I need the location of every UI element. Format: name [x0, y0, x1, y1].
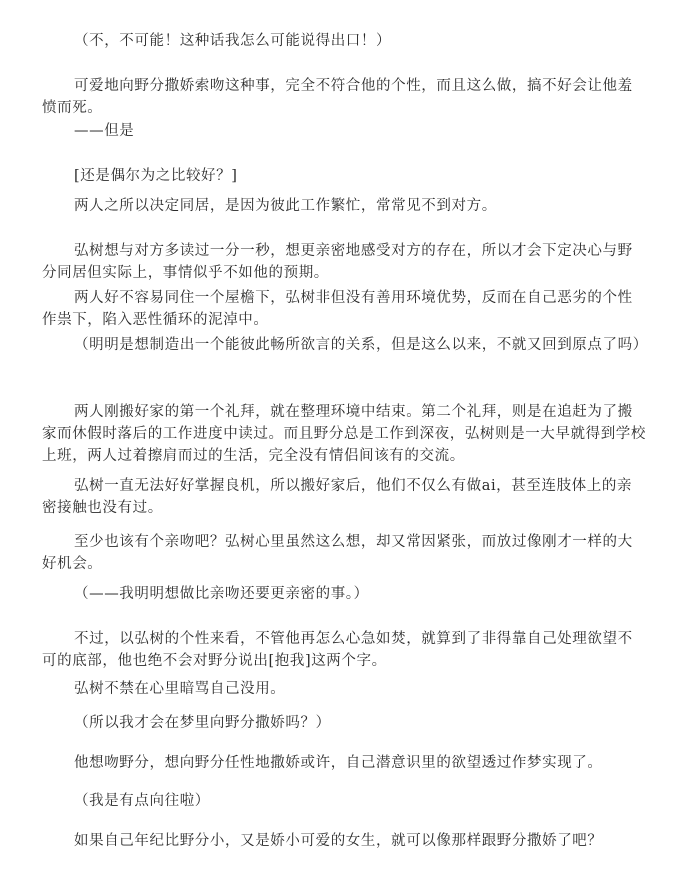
paragraph-11: 至少也该有个亲吻吧？弘树心里虽然这么想，却又常因紧张，而放过像刚才一样的大好机会…	[42, 531, 646, 575]
paragraph-9: 两人刚搬好家的第一个礼拜，就在整理环境中结束。第二个礼拜，则是在追赶为了搬家而休…	[42, 401, 646, 467]
paragraph-1: （不，不可能！这种话我怎么可能说得出口！）	[42, 30, 646, 52]
document-page: （不，不可能！这种话我怎么可能说得出口！） 可爱地向野分撒娇索吻这种事，完全不符…	[0, 0, 680, 880]
paragraph-10: 弘树一直无法好好掌握良机，所以搬好家后，他们不仅么有做ai，甚至连肢体上的亲密接…	[42, 475, 646, 519]
paragraph-14: 弘树不禁在心里暗骂自己没用。	[42, 678, 646, 700]
paragraph-5: 两人之所以决定同居，是因为彼此工作繁忙，常常见不到对方。	[42, 195, 646, 217]
paragraph-4: [还是偶尔为之比较好？]	[42, 165, 646, 187]
paragraph-15: （所以我才会在梦里向野分撒娇吗？）	[42, 712, 646, 734]
paragraph-13: 不过，以弘树的个性来看，不管他再怎么心急如焚，就算到了非得靠自己处理欲望不可的底…	[42, 628, 646, 672]
paragraph-16: 他想吻野分，想向野分任性地撒娇或许，自己潜意识里的欲望透过作梦实现了。	[42, 752, 646, 774]
paragraph-6: 弘树想与对方多读过一分一秒，想更亲密地感受对方的存在，所以才会下定决心与野分同居…	[42, 240, 646, 284]
paragraph-8: （明明是想制造出一个能彼此畅所欲言的关系，但是这么以来，不就又回到原点了吗）	[42, 334, 646, 356]
paragraph-3: ——但是	[42, 120, 646, 142]
paragraph-18: 如果自己年纪比野分小，又是娇小可爱的女生，就可以像那样跟野分撒娇了吧？	[42, 830, 646, 852]
paragraph-7: 两人好不容易同住一个屋檐下，弘树非但没有善用环境优势，反而在自己恶劣的个性作祟下…	[42, 287, 646, 331]
paragraph-12: （——我明明想做比亲吻还要更亲密的事。）	[42, 583, 646, 605]
paragraph-17: （我是有点向往啦）	[42, 790, 646, 812]
paragraph-2: 可爱地向野分撒娇索吻这种事，完全不符合他的个性，而且这么做，搞不好会让他羞愤而死…	[42, 75, 646, 119]
